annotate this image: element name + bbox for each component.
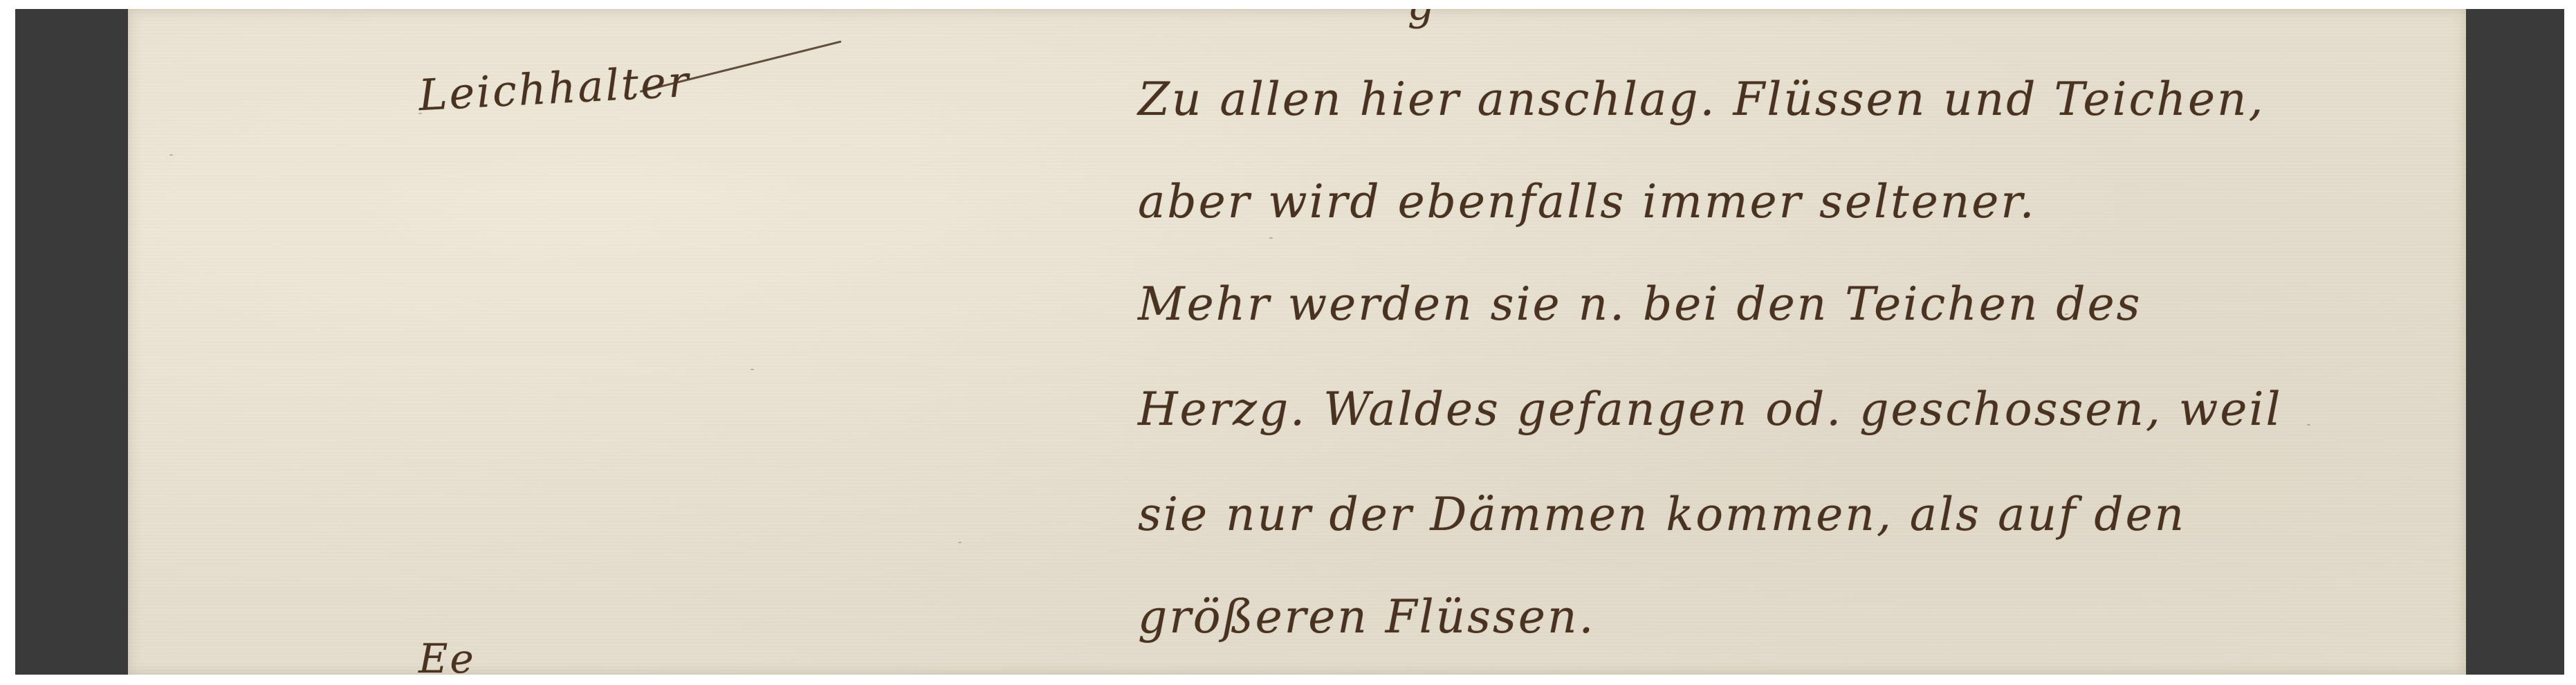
body-line-3: Mehr werden sie n. bei den Teichen des xyxy=(1138,277,2142,331)
paper-fleck xyxy=(958,542,962,543)
margin-bottom-fragment: Ee xyxy=(418,635,476,675)
body-line-4: Herzg. Waldes gefangen od. geschossen, w… xyxy=(1138,383,2283,436)
paper-fleck xyxy=(169,154,173,156)
body-line-1: Zu allen hier anschlag. Flüssen und Teic… xyxy=(1138,73,2265,126)
body-line-6: größeren Flüssen. xyxy=(1138,590,1595,643)
body-line-5: sie nur der Dämmen kommen, als auf den xyxy=(1138,488,2186,541)
paper-fleck xyxy=(1269,237,1273,239)
manuscript-page: g Leichhalter Ee Zu allen hier anschlag.… xyxy=(128,9,2466,675)
top-text-fragment: g xyxy=(1408,9,1436,30)
body-line-2: aber wird ebenfalls immer seltener. xyxy=(1138,175,2036,228)
scan-frame: g Leichhalter Ee Zu allen hier anschlag.… xyxy=(15,9,2564,675)
paper-fleck xyxy=(2307,424,2310,426)
paper-fleck xyxy=(751,369,754,370)
